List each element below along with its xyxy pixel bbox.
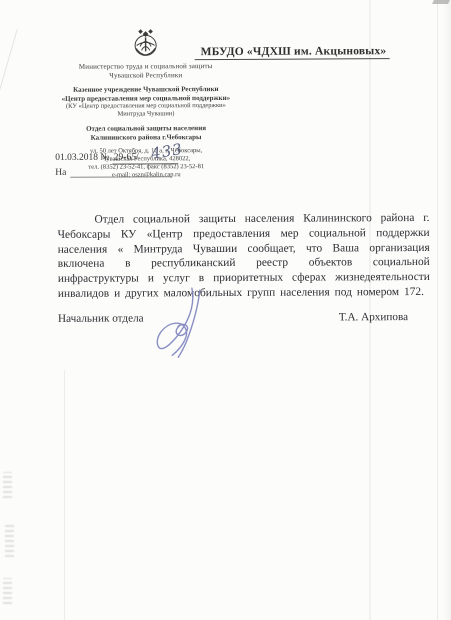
reply-to-line: На	[55, 166, 172, 178]
signer-name: Т.А. Архипова	[339, 311, 408, 323]
signature-row: Начальник отдела Т.А. Архипова	[58, 311, 408, 325]
reply-blank-line	[70, 166, 172, 178]
number-sign: №	[100, 153, 109, 163]
recipient-block: МБУДО «ЧДХШ им. Акцыновых»	[195, 45, 395, 60]
scanned-letter-page: Министерство труда и социальной защиты Ч…	[0, 0, 451, 620]
letter-number: 29-65/	[112, 152, 141, 164]
department-line: Калининского района г.Чебоксары	[27, 133, 265, 143]
reply-prefix: На	[55, 168, 66, 178]
letter-body: Отдел социальной защиты населения Калини…	[57, 211, 429, 302]
letter-content: Министерство труда и социальной защиты Ч…	[0, 0, 451, 620]
signer-position: Начальник отдела	[58, 312, 144, 324]
organization-short-name: Минтруда Чувашии)	[27, 110, 265, 119]
ministry-line: Чувашской Республики	[27, 70, 265, 80]
recipient-name: МБУДО «ЧДХШ им. Акцыновых»	[195, 45, 390, 60]
letter-date: 01.03.2018	[55, 153, 98, 163]
